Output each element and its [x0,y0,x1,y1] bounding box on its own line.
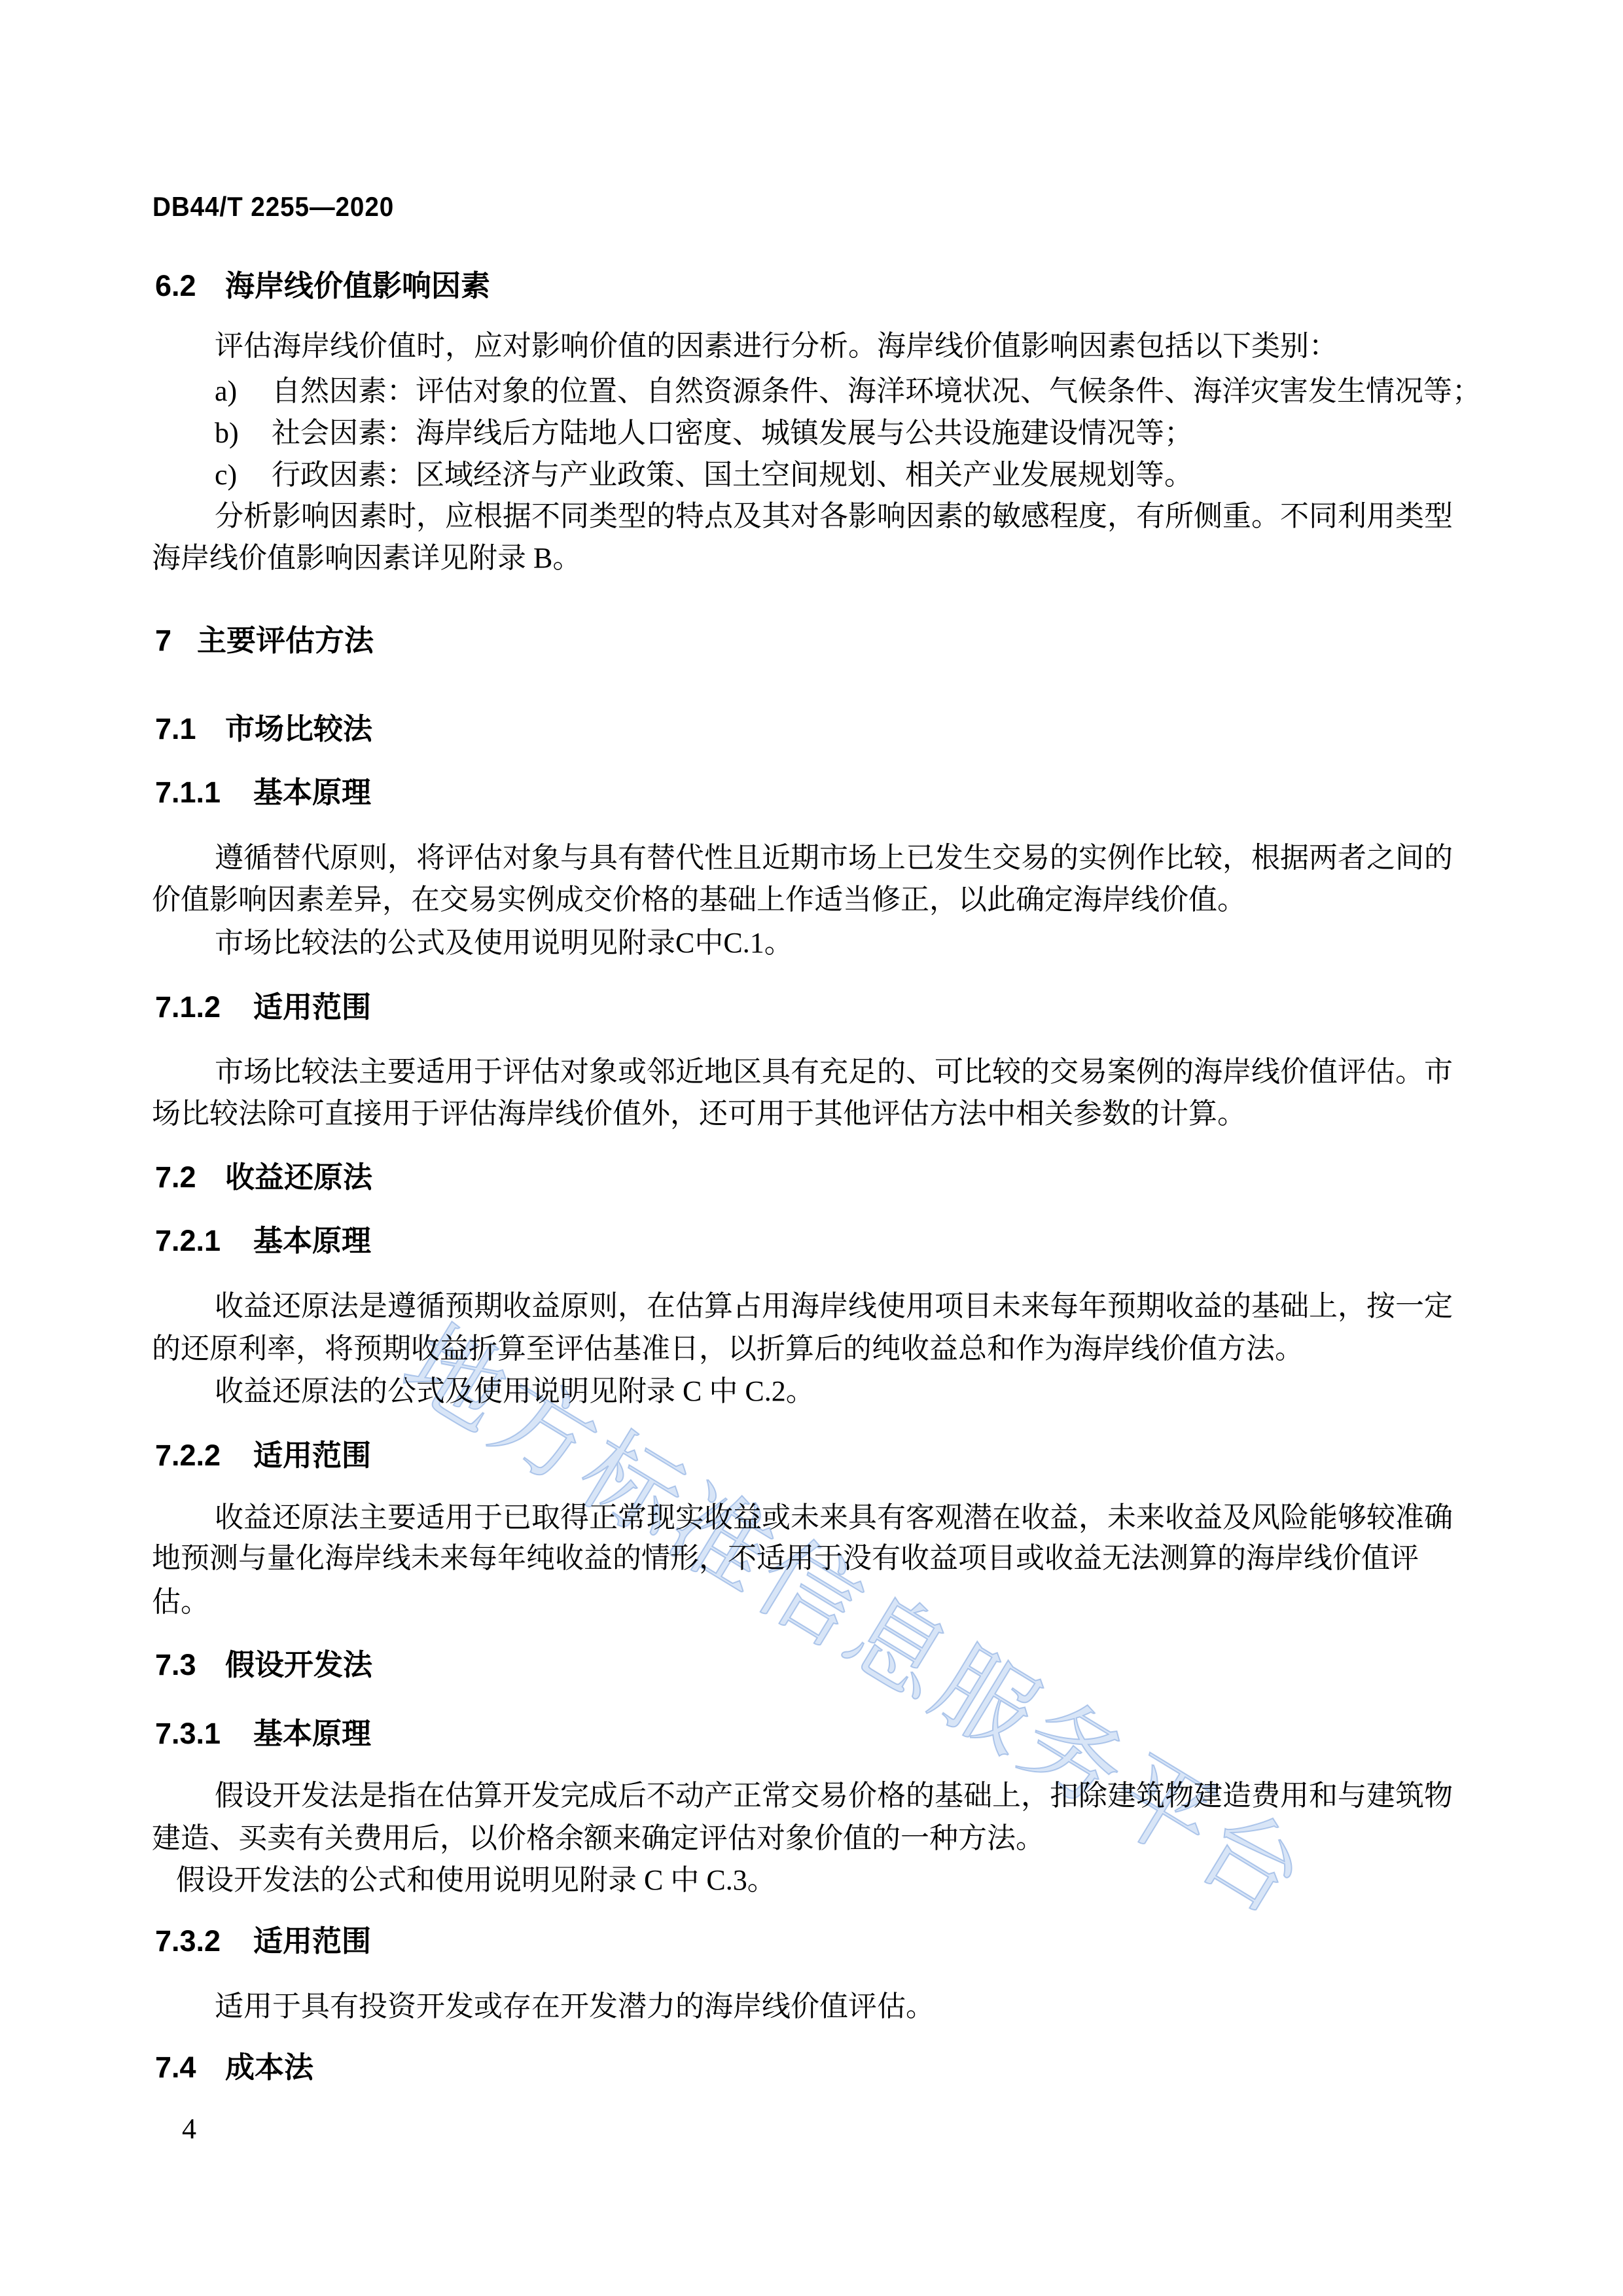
section-title: 适用范围 [253,990,371,1024]
list-marker: b) [215,413,272,454]
list-item: b)社会因素：海岸线后方陆地人口密度、城镇发展与公共设施建设情况等； [152,413,1550,454]
paragraph-line: 的还原利率，将预期收益折算至评估基准日，以折算后的纯收益总和作为海岸线价值方法。 [152,1329,1487,1369]
section-number: 7.1.2 [155,990,253,1025]
paragraph-line: 假设开发法是指在估算开发完成后不动产正常交易价格的基础上，扣除建筑物建造费用和与… [152,1776,1550,1816]
section-number: 7.1.1 [155,775,253,810]
paragraph-line: 评估海岸线价值时，应对影响价值的因素进行分析。海岸线价值影响因素包括以下类别： [152,326,1550,367]
section-heading-7-1-2: 7.1.2适用范围 [155,990,371,1025]
section-heading-7-3-2: 7.3.2适用范围 [155,1924,371,1959]
section-heading-7-1: 7.1市场比较法 [155,711,372,747]
section-number: 6.2 [155,268,225,304]
paragraph-line: 市场比较法的公式及使用说明见附录C中C.1。 [152,923,1550,963]
section-title: 基本原理 [253,1717,371,1750]
section-heading-7-3: 7.3假设开发法 [155,1647,372,1683]
paragraph-line: 适用于具有投资开发或存在开发潜力的海岸线价值评估。 [152,1986,1550,2027]
section-title: 市场比较法 [225,712,372,745]
section-number: 7 [155,623,197,658]
section-heading-7-2-2: 7.2.2适用范围 [155,1438,371,1473]
list-item: a)自然因素：评估对象的位置、自然资源条件、海洋环境状况、气候条件、海洋灾害发生… [152,371,1550,412]
section-number: 7.3 [155,1647,225,1683]
list-item: c)行政因素：区域经济与产业政策、国土空间规划、相关产业发展规划等。 [152,455,1550,495]
paragraph-line: 海岸线价值影响因素详见附录 B。 [152,538,1487,579]
list-marker: c) [215,455,272,495]
paragraph-line: 价值影响因素差异，在交易实例成交价格的基础上作适当修正，以此确定海岸线价值。 [152,880,1487,920]
section-title: 海岸线价值影响因素 [225,269,490,302]
paragraph-line: 收益还原法的公式及使用说明见附录 C 中 C.2。 [152,1371,1550,1412]
section-number: 7.2 [155,1160,225,1195]
paragraph-line: 收益还原法主要适用于已取得正常现实收益或未来具有客观潜在收益，未来收益及风险能够… [152,1498,1550,1538]
list-marker: a) [215,371,272,412]
section-number: 7.1 [155,711,225,747]
doc-number: DB44/T 2255—2020 [152,191,394,223]
document-page: 地方标准信息服务平台 DB44/T 2255—2020 6.2海岸线价值影响因素… [0,0,1623,2296]
list-item-text: 社会因素：海岸线后方陆地人口密度、城镇发展与公共设施建设情况等； [272,417,1193,449]
section-number: 7.3.2 [155,1924,253,1959]
section-title: 基本原理 [253,776,371,809]
section-title: 成本法 [225,2051,313,2084]
paragraph-line: 收益还原法是遵循预期收益原则，在估算占用海岸线使用项目未来每年预期收益的基础上，… [152,1286,1550,1327]
paragraph-line: 场比较法除可直接用于评估海岸线价值外，还可用于其他评估方法中相关参数的计算。 [152,1094,1487,1134]
list-item-text: 自然因素：评估对象的位置、自然资源条件、海洋环境状况、气候条件、海洋灾害发生情况… [272,375,1481,407]
section-heading-7-1-1: 7.1.1基本原理 [155,775,371,810]
section-number: 7.2.1 [155,1223,253,1259]
paragraph-line: 假设开发法的公式和使用说明见附录 C 中 C.3。 [152,1860,1511,1901]
list-item-text: 行政因素：区域经济与产业政策、国土空间规划、相关产业发展规划等。 [272,459,1193,491]
section-title: 适用范围 [253,1924,371,1958]
section-title: 适用范围 [253,1439,371,1472]
paragraph-line: 地预测与量化海岸线未来每年纯收益的情形，不适用于没有收益项目或收益无法测算的海岸… [152,1538,1487,1579]
paragraph-line: 建造、买卖有关费用后，以价格余额来确定评估对象价值的一种方法。 [152,1818,1487,1859]
section-heading-7: 7主要评估方法 [155,623,374,658]
section-heading-6-2: 6.2海岸线价值影响因素 [155,268,490,304]
section-number: 7.2.2 [155,1438,253,1473]
section-heading-7-4: 7.4成本法 [155,2050,313,2085]
paragraph-line: 估。 [152,1582,1487,1623]
section-title: 收益还原法 [225,1160,372,1194]
paragraph-line: 市场比较法主要适用于评估对象或邻近地区具有充足的、可比较的交易案例的海岸线价值评… [152,1052,1550,1092]
paragraph-line: 分析影响因素时，应根据不同类型的特点及其对各影响因素的敏感程度，有所侧重。不同利… [152,496,1550,537]
section-title: 假设开发法 [225,1648,372,1681]
page-number: 4 [182,2111,196,2147]
section-number: 7.3.1 [155,1716,253,1751]
section-heading-7-3-1: 7.3.1基本原理 [155,1716,371,1751]
paragraph-line: 遵循替代原则，将评估对象与具有替代性且近期市场上已发生交易的实例作比较，根据两者… [152,838,1550,878]
section-number: 7.4 [155,2050,225,2085]
section-heading-7-2: 7.2收益还原法 [155,1160,372,1195]
section-title: 基本原理 [253,1224,371,1257]
section-heading-7-2-1: 7.2.1基本原理 [155,1223,371,1259]
section-title: 主要评估方法 [197,624,374,657]
